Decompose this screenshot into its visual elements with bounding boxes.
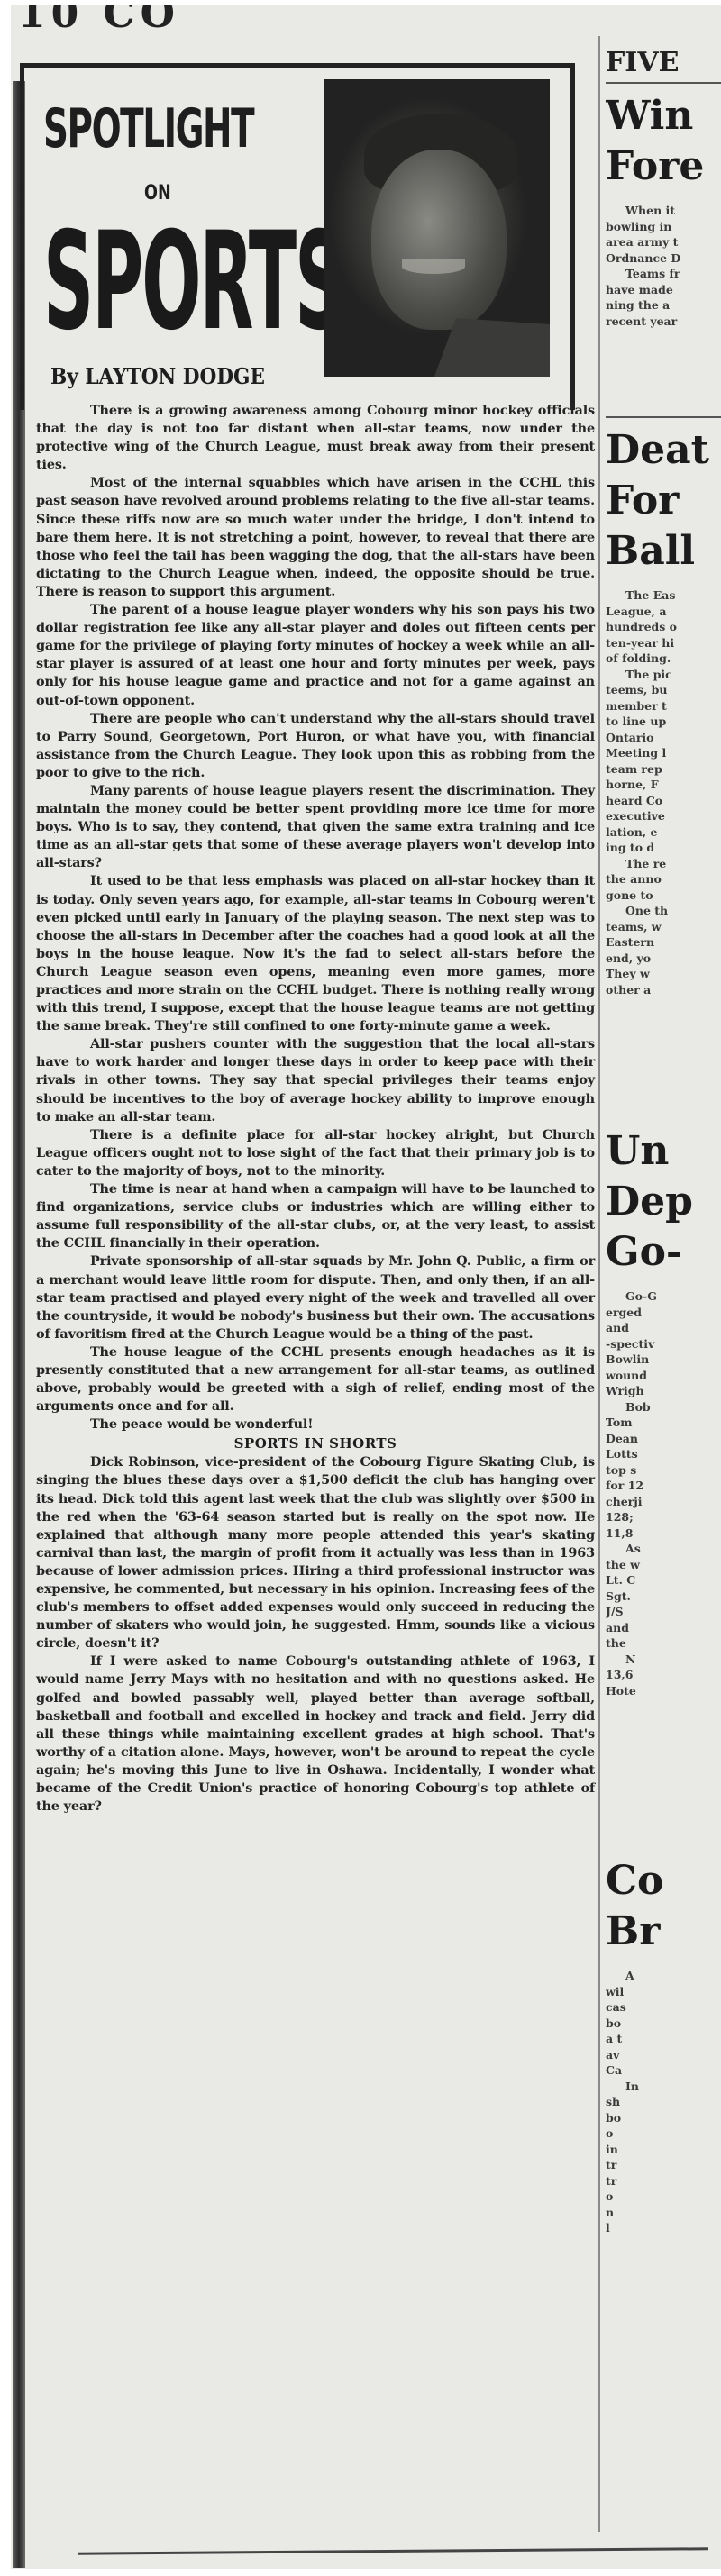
article-paragraph: Many parents of house league players res… bbox=[36, 782, 595, 872]
headline-fragment: Co bbox=[606, 1856, 721, 1907]
article-paragraph: All-star pushers counter with the sugges… bbox=[36, 1035, 595, 1125]
body-text-fragment: They w bbox=[606, 966, 721, 982]
body-text-fragment: Lt. C bbox=[606, 1572, 721, 1588]
kicker-rule bbox=[606, 82, 721, 84]
body-text-fragment: Ontario bbox=[606, 730, 721, 746]
body-text-fragment: erged bbox=[606, 1305, 721, 1321]
body-text-fragment: recent year bbox=[606, 314, 721, 330]
headline-fragment: Fore bbox=[606, 141, 721, 192]
article-paragraph: The time is near at hand when a campaign… bbox=[36, 1180, 595, 1252]
body-text-fragment: 11,8 bbox=[606, 1525, 721, 1542]
body-text-fragment: and bbox=[606, 1320, 721, 1336]
column-divider bbox=[598, 36, 600, 2532]
article-paragraphs: There is a growing awareness among Cobou… bbox=[36, 402, 595, 1434]
body-text-fragment: cas bbox=[606, 1999, 721, 2016]
body-text-fragment: ten-year hi bbox=[606, 635, 721, 651]
body-text-fragment: In bbox=[606, 2079, 721, 2095]
body-text-fragment: av bbox=[606, 2047, 721, 2063]
page-edge-rule bbox=[13, 81, 25, 2568]
masthead-fragment: 10 CO bbox=[11, 5, 721, 32]
body-text-fragment: sh bbox=[606, 2094, 721, 2110]
body-text-fragment: Bob bbox=[606, 1399, 721, 1415]
body-text-fragment: lation, e bbox=[606, 824, 721, 841]
body-text-fragment: in bbox=[606, 2142, 721, 2158]
right-column-story-2: DeatForBallThe EasLeague, ahundreds oten… bbox=[606, 413, 721, 997]
body-text-fragment: other a bbox=[606, 982, 721, 998]
byline: By LAYTON DODGE bbox=[50, 363, 265, 389]
article-paragraph: It used to be that less emphasis was pla… bbox=[36, 872, 595, 1035]
body-text-fragment: The re bbox=[606, 856, 721, 872]
body-text-fragment: Teams fr bbox=[606, 266, 721, 282]
body-text-fragment: Sgt. bbox=[606, 1588, 721, 1605]
body-text-fragment: o bbox=[606, 2189, 721, 2205]
body-text-fragment: wound bbox=[606, 1368, 721, 1384]
article-paragraph: If I were asked to name Cobourg's outsta… bbox=[36, 1652, 595, 1816]
body-text-fragment: the anno bbox=[606, 871, 721, 887]
headline-fragment: Go- bbox=[606, 1227, 721, 1278]
body-text-fragment: n bbox=[606, 2205, 721, 2221]
article-paragraph: The peace would be wonderful! bbox=[36, 1415, 595, 1434]
body-text-fragment: to line up bbox=[606, 714, 721, 730]
body-text-fragment: teems, bu bbox=[606, 682, 721, 698]
article-paragraph: Most of the internal squabbles which hav… bbox=[36, 474, 595, 601]
body-text-fragment: wil bbox=[606, 1984, 721, 2000]
body-text-fragment: J/S bbox=[606, 1604, 721, 1620]
story-win-fore: WinForeWhen itbowling inarea army tOrdna… bbox=[606, 91, 721, 329]
right-column-story-3: UnDepGo-Go-Gergedand-spectivBowlinwoundW… bbox=[606, 1126, 721, 1698]
article-paragraph: There are people who can't understand wh… bbox=[36, 710, 595, 782]
body-text-fragment: hundreds o bbox=[606, 619, 721, 635]
portrait-smile bbox=[402, 259, 465, 274]
body-text-fragment: One th bbox=[606, 903, 721, 919]
body-text-fragment: Hote bbox=[606, 1683, 721, 1699]
story-co-br: CoBrAwilcasboa tavCaInshboointrtronl bbox=[606, 1856, 721, 2236]
body-text-fragment: horne, F bbox=[606, 777, 721, 793]
body-text-fragment: League, a bbox=[606, 604, 721, 620]
body-text-fragment: 128; bbox=[606, 1509, 721, 1525]
body-text-fragment: Wrigh bbox=[606, 1383, 721, 1399]
body-text-fragment: Eastern bbox=[606, 934, 721, 951]
body-text-fragment: Lotts bbox=[606, 1446, 721, 1462]
body-text-fragment: bowling in bbox=[606, 219, 721, 235]
body-text-fragment: heard Co bbox=[606, 793, 721, 809]
body-text-fragment: A bbox=[606, 1968, 721, 1984]
headline-fragment: Un bbox=[606, 1126, 721, 1177]
body-text-fragment: of folding. bbox=[606, 651, 721, 667]
portrait-face bbox=[371, 150, 507, 330]
body-text-fragment: l bbox=[606, 2220, 721, 2236]
body-text-fragment: the bbox=[606, 1635, 721, 1652]
body-text-fragment: ing to d bbox=[606, 840, 721, 856]
headline-fragment: Ball bbox=[606, 526, 721, 577]
body-text-fragment: When it bbox=[606, 203, 721, 219]
article-paragraph: Private sponsorship of all-star squads b… bbox=[36, 1252, 595, 1343]
body-text-fragment: bo bbox=[606, 2110, 721, 2126]
body-text-fragment: the w bbox=[606, 1557, 721, 1573]
headline-fragment: For bbox=[606, 476, 721, 526]
body-text-fragment: executive bbox=[606, 808, 721, 824]
body-text-fragment: and bbox=[606, 1620, 721, 1636]
headline-fragment: Br bbox=[606, 1907, 721, 1957]
body-text-fragment: top s bbox=[606, 1462, 721, 1479]
article-paragraph: Dick Robinson, vice-president of the Cob… bbox=[36, 1453, 595, 1652]
column-title-on: ON bbox=[144, 182, 171, 205]
article-paragraph: There is a growing awareness among Cobou… bbox=[36, 402, 595, 474]
body-text-fragment: Bowlin bbox=[606, 1352, 721, 1368]
story-death-ball: DeatForBallThe EasLeague, ahundreds oten… bbox=[606, 425, 721, 997]
body-text-fragment: team rep bbox=[606, 761, 721, 778]
article-paragraph: There is a definite place for all-star h… bbox=[36, 1126, 595, 1180]
body-text-fragment: cherji bbox=[606, 1494, 721, 1510]
masthead-text: 10 CO bbox=[18, 5, 180, 32]
body-text-fragment: have made bbox=[606, 282, 721, 298]
body-text-fragment: The Eas bbox=[606, 587, 721, 604]
body-text-fragment: bo bbox=[606, 2016, 721, 2032]
headline-fragment: Dep bbox=[606, 1177, 721, 1227]
body-text-fragment: Go-G bbox=[606, 1288, 721, 1305]
body-text-fragment: Ordnance D bbox=[606, 250, 721, 267]
body-text-fragment: 13,6 bbox=[606, 1667, 721, 1683]
body-text-fragment: As bbox=[606, 1541, 721, 1557]
body-text-fragment: tr bbox=[606, 2173, 721, 2189]
body-text-fragment: tr bbox=[606, 2157, 721, 2173]
body-text-fragment: Ca bbox=[606, 2062, 721, 2079]
headline-fragment: Win bbox=[606, 91, 721, 141]
body-text-fragment: ning the a bbox=[606, 297, 721, 314]
column-title-sports: SPORTS bbox=[43, 214, 343, 350]
right-column-story-4: CoBrAwilcasboa tavCaInshboointrtronl bbox=[606, 1856, 721, 2236]
body-text-fragment: for 12 bbox=[606, 1478, 721, 1494]
body-text-fragment: The pic bbox=[606, 667, 721, 683]
shorts-paragraphs: Dick Robinson, vice-president of the Cob… bbox=[36, 1453, 595, 1816]
body-text-fragment: a t bbox=[606, 2031, 721, 2047]
body-text-fragment: gone to bbox=[606, 887, 721, 904]
body-text-fragment: Dean bbox=[606, 1431, 721, 1447]
article-body: There is a growing awareness among Cobou… bbox=[36, 402, 595, 1816]
body-text-fragment: Tom bbox=[606, 1415, 721, 1431]
column-title-spotlight: SPOTLIGHT bbox=[43, 97, 253, 160]
body-text-fragment: member t bbox=[606, 698, 721, 715]
body-text-fragment: -spectiv bbox=[606, 1336, 721, 1352]
body-text-fragment: o bbox=[606, 2125, 721, 2142]
body-text-fragment: end, yo bbox=[606, 951, 721, 967]
article-paragraph: The parent of a house league player wond… bbox=[36, 601, 595, 710]
right-column-top: FIVE WinForeWhen itbowling inarea army t… bbox=[606, 47, 721, 329]
body-text-fragment: N bbox=[606, 1652, 721, 1668]
story-go-go: UnDepGo-Go-Gergedand-spectivBowlinwoundW… bbox=[606, 1126, 721, 1698]
story-rule bbox=[606, 416, 721, 418]
columnist-portrait bbox=[324, 79, 550, 377]
sports-in-shorts-subhead: SPORTS IN SHORTS bbox=[36, 1434, 595, 1453]
body-text-fragment: Meeting l bbox=[606, 745, 721, 761]
body-text-fragment: area army t bbox=[606, 234, 721, 250]
headline-fragment: Deat bbox=[606, 425, 721, 476]
body-text-fragment: teams, w bbox=[606, 919, 721, 935]
article-paragraph: The house league of the CCHL presents en… bbox=[36, 1343, 595, 1415]
kicker: FIVE bbox=[606, 47, 721, 78]
